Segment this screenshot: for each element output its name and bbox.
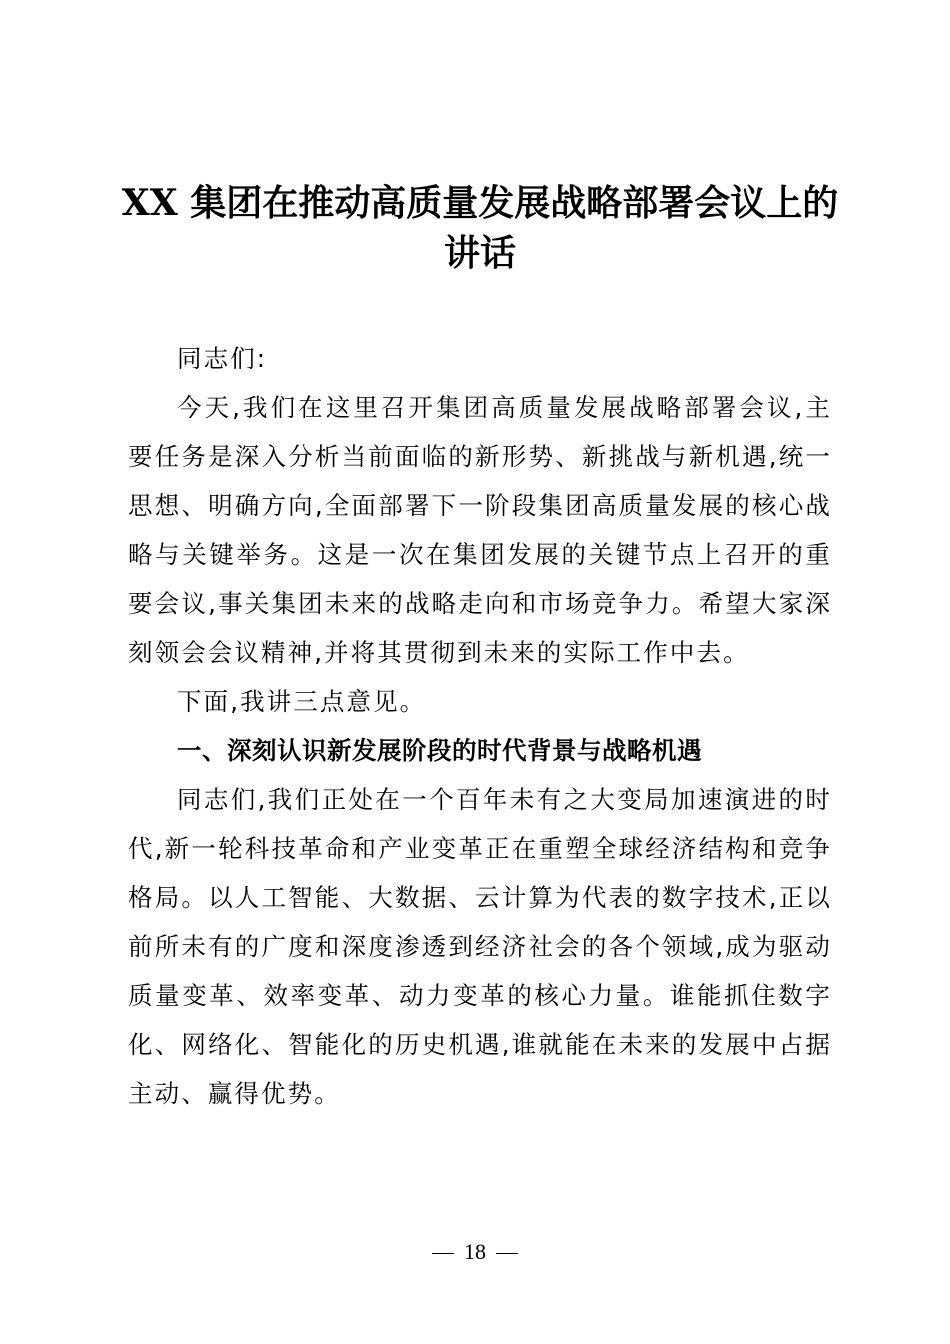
salutation: 同志们: xyxy=(128,334,832,383)
document-title: XX 集团在推动高质量发展战略部署会议上的 讲话 xyxy=(120,178,840,278)
title-line-2: 讲话 xyxy=(120,228,840,278)
page-footer: 18 xyxy=(0,1238,950,1266)
paragraph-intro: 今天,我们在这里召开集团高质量发展战略部署会议,主要任务是深入分析当前面临的新形… xyxy=(128,383,832,677)
page-number: 18 xyxy=(464,1239,486,1264)
section-heading: 一、深刻认识新发展阶段的时代背景与战略机遇 xyxy=(128,726,832,775)
title-line-1: XX 集团在推动高质量发展战略部署会议上的 xyxy=(120,178,840,228)
document-body: 同志们: 今天,我们在这里召开集团高质量发展战略部署会议,主要任务是深入分析当前… xyxy=(128,334,832,1118)
right-dash-decoration xyxy=(496,1253,518,1254)
document-page: XX 集团在推动高质量发展战略部署会议上的 讲话 同志们: 今天,我们在这里召开… xyxy=(0,0,950,1344)
paragraph-outline: 下面,我讲三点意见。 xyxy=(128,677,832,726)
section-paragraph: 同志们,我们正处在一个百年未有之大变局加速演进的时代,新一轮科技革命和产业变革正… xyxy=(128,775,832,1118)
left-dash-decoration xyxy=(432,1253,454,1254)
